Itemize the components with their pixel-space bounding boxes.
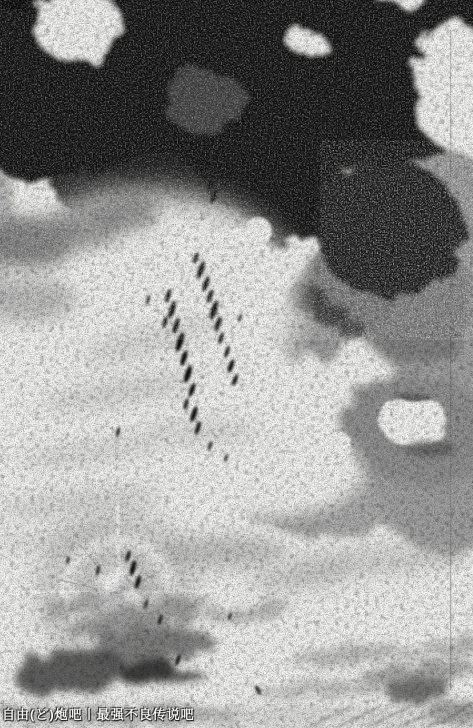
cloud-scene-illustration <box>0 0 473 728</box>
halftone-cloud-photo: 自由(ど)炮吧丨最强不良传说吧 <box>0 0 473 728</box>
halftone-grain-overlay <box>0 0 473 728</box>
